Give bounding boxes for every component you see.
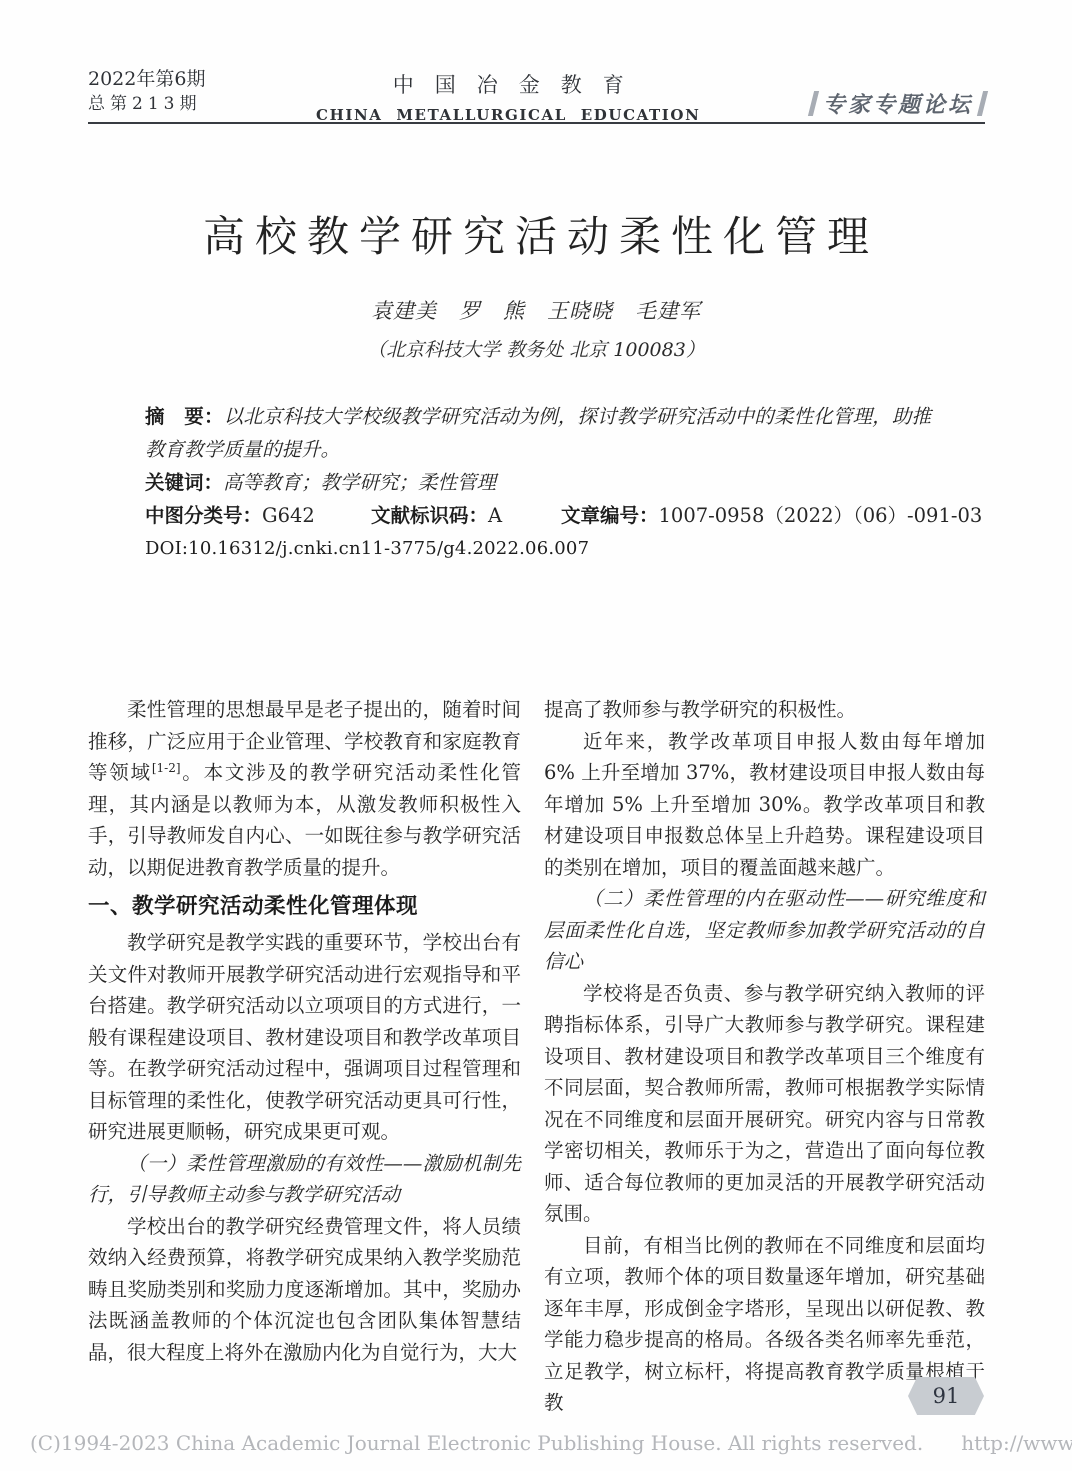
abstract-text: 以北京科技大学校级教学研究活动为例，探讨教学研究活动中的柔性化管理，助推教育教学… — [145, 405, 931, 461]
paragraph: 教学研究是教学实践的重要环节，学校出台有关文件对教师开展教学研究活动进行宏观指导… — [88, 927, 521, 1148]
article-id-value: 1007-0958（2022）（06）-091-03 — [659, 504, 983, 527]
keywords-text: 高等教育；教学研究；柔性管理 — [223, 471, 496, 494]
doi: DOI:10.16312/j.cnki.cn11-3775/g4.2022.06… — [145, 532, 931, 565]
affiliation: （北京科技大学 教务处 北京 100083） — [0, 335, 1072, 362]
page-header: 2022年第6期 总第213期 中国冶金教育 CHINA METALLURGIC… — [88, 68, 985, 124]
classification-line: 中图分类号：G642文献标识码：A文章编号：1007-0958（2022）（06… — [145, 499, 931, 532]
issue-total-number: 总第213期 — [88, 94, 205, 115]
journal-title-block: 中国冶金教育 CHINA METALLURGICAL EDUCATION — [205, 68, 811, 124]
paragraph: 近年来，教学改革项目申报人数由每年增加 6% 上升至增加 37%，教材建设项目申… — [544, 726, 985, 884]
paragraph: 学校将是否负责、参与教学研究纳入教师的评聘指标体系，引导广大教师参与教学研究。课… — [544, 978, 985, 1230]
column-badge: 专家专题论坛 — [811, 88, 985, 119]
header-divider — [88, 122, 985, 124]
clc-label: 中图分类号： — [145, 504, 262, 527]
right-column: 提高了教师参与教学研究的积极性。 近年来，教学改革项目申报人数由每年增加 6% … — [544, 694, 985, 1419]
paragraph-text: 。本文涉及的教学研究活动柔性化管理，其内涵是以教师为本，从激发教师积极性入手，引… — [88, 761, 521, 879]
issue-info: 2022年第6期 总第213期 — [88, 68, 205, 115]
paragraph-continuation: 提高了教师参与教学研究的积极性。 — [544, 694, 985, 726]
page-number-badge: 91 — [908, 1377, 984, 1415]
subsection-heading-1: （一）柔性管理激励的有效性——激励机制先行，引导教师主动参与教学研究活动 — [88, 1148, 521, 1211]
article-body: 柔性管理的思想最早是老子提出的，随着时间推移，广泛应用于企业管理、学校教育和家庭… — [88, 694, 985, 1419]
journal-page: 2022年第6期 总第213期 中国冶金教育 CHINA METALLURGIC… — [0, 0, 1072, 1471]
abstract-block: 摘 要：以北京科技大学校级教学研究活动为例，探讨教学研究活动中的柔性化管理，助推… — [145, 400, 931, 565]
page-number: 91 — [933, 1384, 960, 1408]
article-id-pair: 文章编号：1007-0958（2022）（06）-091-03 — [561, 504, 982, 527]
doc-code-label: 文献标识码： — [371, 504, 488, 527]
badge-right-bar-icon — [977, 91, 988, 116]
left-column: 柔性管理的思想最早是老子提出的，随着时间推移，广泛应用于企业管理、学校教育和家庭… — [88, 694, 521, 1419]
citation-ref: [1-2] — [152, 761, 181, 775]
subsection-heading-2: （二）柔性管理的内在驱动性——研究维度和层面柔性化自选，坚定教师参加教学研究活动… — [544, 883, 985, 978]
article-title: 高校教学研究活动柔性化管理 — [0, 204, 1072, 264]
issue-year-number: 2022年第6期 — [88, 68, 205, 92]
doc-code-value: A — [488, 504, 502, 527]
clc-value: G642 — [262, 504, 315, 527]
paragraph: 柔性管理的思想最早是老子提出的，随着时间推移，广泛应用于企业管理、学校教育和家庭… — [88, 694, 521, 883]
doc-code-pair: 文献标识码：A — [371, 499, 561, 532]
authors: 袁建美 罗 熊 王晓晓 毛建军 — [0, 295, 1072, 325]
clc-pair: 中图分类号：G642 — [145, 499, 371, 532]
keywords: 关键词：高等教育；教学研究；柔性管理 — [145, 466, 931, 499]
title-block: 高校教学研究活动柔性化管理 袁建美 罗 熊 王晓晓 毛建军 （北京科技大学 教务… — [0, 204, 1072, 362]
paragraph: 学校出台的教学研究经费管理文件，将人员绩效纳入经费预算，将教学研究成果纳入教学奖… — [88, 1211, 521, 1369]
abstract: 摘 要：以北京科技大学校级教学研究活动为例，探讨教学研究活动中的柔性化管理，助推… — [145, 400, 931, 466]
article-id-label: 文章编号： — [561, 504, 659, 527]
section-heading-1: 一、教学研究活动柔性化管理体现 — [88, 891, 521, 922]
cnki-url: http://www.cnki.net — [961, 1431, 1072, 1455]
copyright-text: (C)1994-2023 China Academic Journal Elec… — [30, 1431, 923, 1455]
abstract-label: 摘 要： — [145, 405, 224, 428]
column-badge-label: 专家专题论坛 — [823, 88, 973, 119]
journal-title-cn: 中国冶金教育 — [205, 69, 811, 99]
keywords-label: 关键词： — [145, 471, 223, 494]
page-footer: (C)1994-2023 China Academic Journal Elec… — [30, 1431, 1072, 1455]
